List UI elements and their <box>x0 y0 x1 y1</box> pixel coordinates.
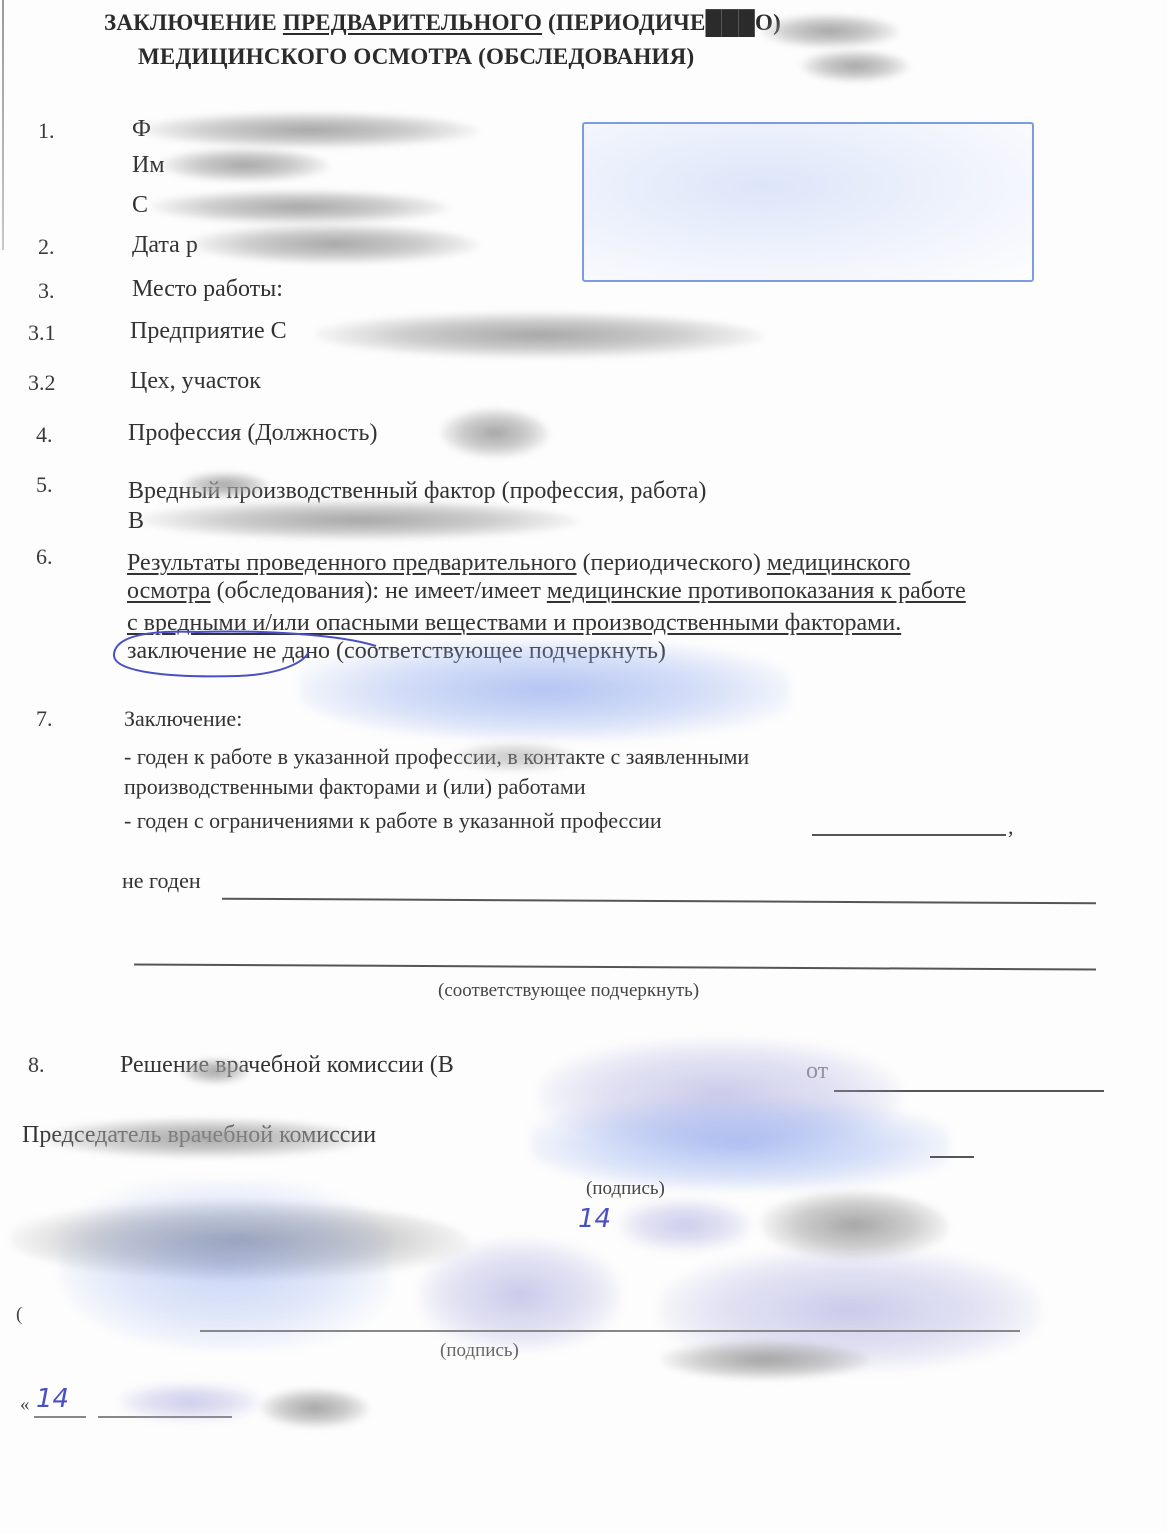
signature-hint-2: (подпись) <box>440 1340 519 1362</box>
underlined-text: Результаты проведенного предварительного <box>127 550 577 576</box>
redaction-blur <box>180 1058 250 1084</box>
redaction-blur <box>180 472 270 498</box>
workplace-label: Место работы: <box>132 276 283 303</box>
redaction-blur <box>260 1388 370 1428</box>
item-number: 7. <box>36 706 53 732</box>
fill-line <box>34 1416 86 1418</box>
redaction-blur <box>190 224 480 264</box>
redaction-blur <box>160 148 330 182</box>
signature-redacted <box>530 1100 950 1190</box>
fill-line <box>812 834 1006 836</box>
option-fit-cont: производственными факторами и (или) рабо… <box>124 774 586 800</box>
item6-line-1: Результаты проведенного предварительного… <box>127 550 910 577</box>
option-unfit: не годен <box>122 868 201 894</box>
redaction-blur <box>140 500 580 540</box>
redaction-blur <box>800 50 910 82</box>
enterprise-label: Предприятие С <box>130 318 287 345</box>
item-number: 3.1 <box>28 320 56 346</box>
title-line-2: МЕДИЦИНСКОГО ОСМОТРА (ОБСЛЕДОВАНИЯ) <box>138 44 694 70</box>
underlined-text: медицинские противопоказания к работе <box>547 578 966 604</box>
redaction-blur <box>660 1340 870 1380</box>
redaction-blur <box>440 408 550 458</box>
item-number: 1. <box>38 118 55 144</box>
profession-label: Профессия (Должность) <box>128 420 377 447</box>
underlined-text: медицинского <box>767 550 910 576</box>
title-line-1: ЗАКЛЮЧЕНИЕ ПРЕДВАРИТЕЛЬНОГО (ПЕРИОДИЧЕ██… <box>104 10 781 36</box>
redaction-blur <box>760 14 900 48</box>
redaction-blur <box>450 742 580 772</box>
item-number: 3.2 <box>28 370 56 396</box>
title-suffix: (ПЕРИОДИЧЕ███О) <box>548 10 781 35</box>
conclusion-label: Заключение: <box>124 706 242 732</box>
fill-line <box>200 1330 1020 1332</box>
item-number: 2. <box>38 234 55 260</box>
stamp-redacted <box>582 122 1034 282</box>
signature-hint: (подпись) <box>586 1178 665 1200</box>
redaction-blur <box>420 1240 620 1350</box>
fill-line <box>134 963 1096 970</box>
text: (обследования): не имеет/имеет <box>217 578 541 604</box>
redaction-blur <box>150 190 450 224</box>
redaction-blur <box>620 1200 750 1250</box>
title-prefix: ЗАКЛЮЧЕНИЕ <box>104 10 277 35</box>
handwritten-day-2: 14 <box>36 1384 69 1414</box>
redaction-blur <box>40 1118 370 1158</box>
option-fit-limited: - годен с ограничениями к работе в указа… <box>124 808 662 834</box>
hint-text: (соответствующее подчеркнуть) <box>438 980 699 1002</box>
underlined-text: осмотра <box>127 578 211 604</box>
item-number: 5. <box>36 472 53 498</box>
quote-open: « <box>20 1394 30 1416</box>
paren: ( <box>16 1304 22 1326</box>
scan-edge <box>2 0 4 250</box>
item-number: 3. <box>38 278 55 304</box>
commission-decision-label: Решение врачебной комиссии (В <box>120 1052 454 1079</box>
birthdate-label: Дата р <box>132 232 198 259</box>
item-number: 8. <box>28 1052 45 1078</box>
title-underlined: ПРЕДВАРИТЕЛЬНОГО <box>283 10 542 35</box>
department-label: Цех, участок <box>130 368 261 395</box>
redaction-blur <box>140 112 480 148</box>
redaction-blur <box>315 312 765 358</box>
patronymic-label: С <box>132 192 148 219</box>
handwritten-day: 14 <box>578 1204 611 1234</box>
punctuation: , <box>1008 814 1014 840</box>
text: (периодического) <box>583 550 761 576</box>
item-number: 4. <box>36 422 53 448</box>
redaction-blur <box>60 1180 390 1350</box>
fill-line <box>222 898 1096 904</box>
fill-line <box>930 1156 974 1158</box>
redaction-blur <box>300 640 790 740</box>
item-number: 6. <box>36 544 53 570</box>
redaction-blur <box>120 1384 260 1420</box>
item6-line-2: осмотра (обследования): не имеет/имеет м… <box>127 578 966 605</box>
option-fit: - годен к работе в указанной профессии, … <box>124 744 749 770</box>
